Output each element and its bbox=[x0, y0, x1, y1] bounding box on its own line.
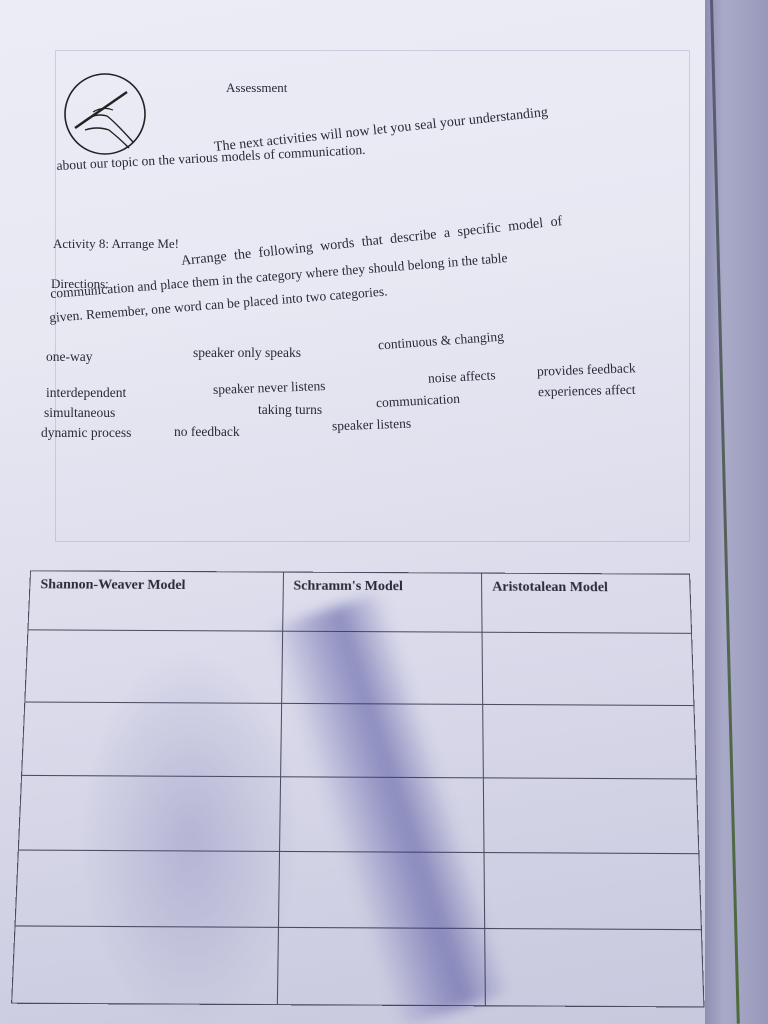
table-row bbox=[25, 630, 694, 706]
table-cell[interactable] bbox=[279, 777, 484, 853]
hand-writing-icon bbox=[63, 72, 147, 156]
column-header-aristotelian: Aristotalean Model bbox=[482, 573, 692, 633]
table-cell[interactable] bbox=[484, 853, 701, 930]
word-item: no feedback bbox=[174, 424, 240, 440]
table-cell[interactable] bbox=[280, 703, 483, 777]
word-item: speaker listens bbox=[332, 416, 412, 435]
table-cell[interactable] bbox=[281, 631, 483, 704]
table-cell[interactable] bbox=[12, 926, 278, 1005]
word-item: speaker only speaks bbox=[193, 345, 301, 361]
word-item: interdependent bbox=[46, 385, 126, 401]
model-categories-table: Shannon-Weaver Model Schramm's Model Ari… bbox=[11, 570, 704, 1007]
table-row bbox=[15, 850, 701, 930]
word-item: one-way bbox=[46, 349, 92, 365]
word-item: dynamic process bbox=[41, 425, 131, 441]
table-cell[interactable] bbox=[18, 775, 280, 851]
table-cell[interactable] bbox=[277, 927, 485, 1005]
table-cell[interactable] bbox=[483, 704, 697, 779]
table-cell[interactable] bbox=[482, 632, 694, 705]
table-row bbox=[22, 702, 697, 779]
word-item: experiences affect bbox=[538, 382, 636, 401]
table-cell[interactable] bbox=[485, 928, 704, 1006]
table-cell[interactable] bbox=[25, 630, 282, 704]
table-row bbox=[12, 926, 704, 1007]
table-cell[interactable] bbox=[15, 850, 279, 927]
table-row bbox=[18, 775, 699, 853]
table-cell[interactable] bbox=[278, 851, 485, 928]
column-header-schramm: Schramm's Model bbox=[282, 572, 482, 632]
table-cell[interactable] bbox=[22, 702, 282, 777]
table-cell[interactable] bbox=[483, 778, 698, 854]
assessment-title: Assessment bbox=[226, 80, 287, 96]
activity-title: Activity 8: Arrange Me! bbox=[53, 236, 179, 252]
word-item: simultaneous bbox=[44, 405, 115, 421]
column-header-shannon-weaver: Shannon-Weaver Model bbox=[28, 571, 283, 631]
word-item: taking turns bbox=[258, 402, 322, 418]
